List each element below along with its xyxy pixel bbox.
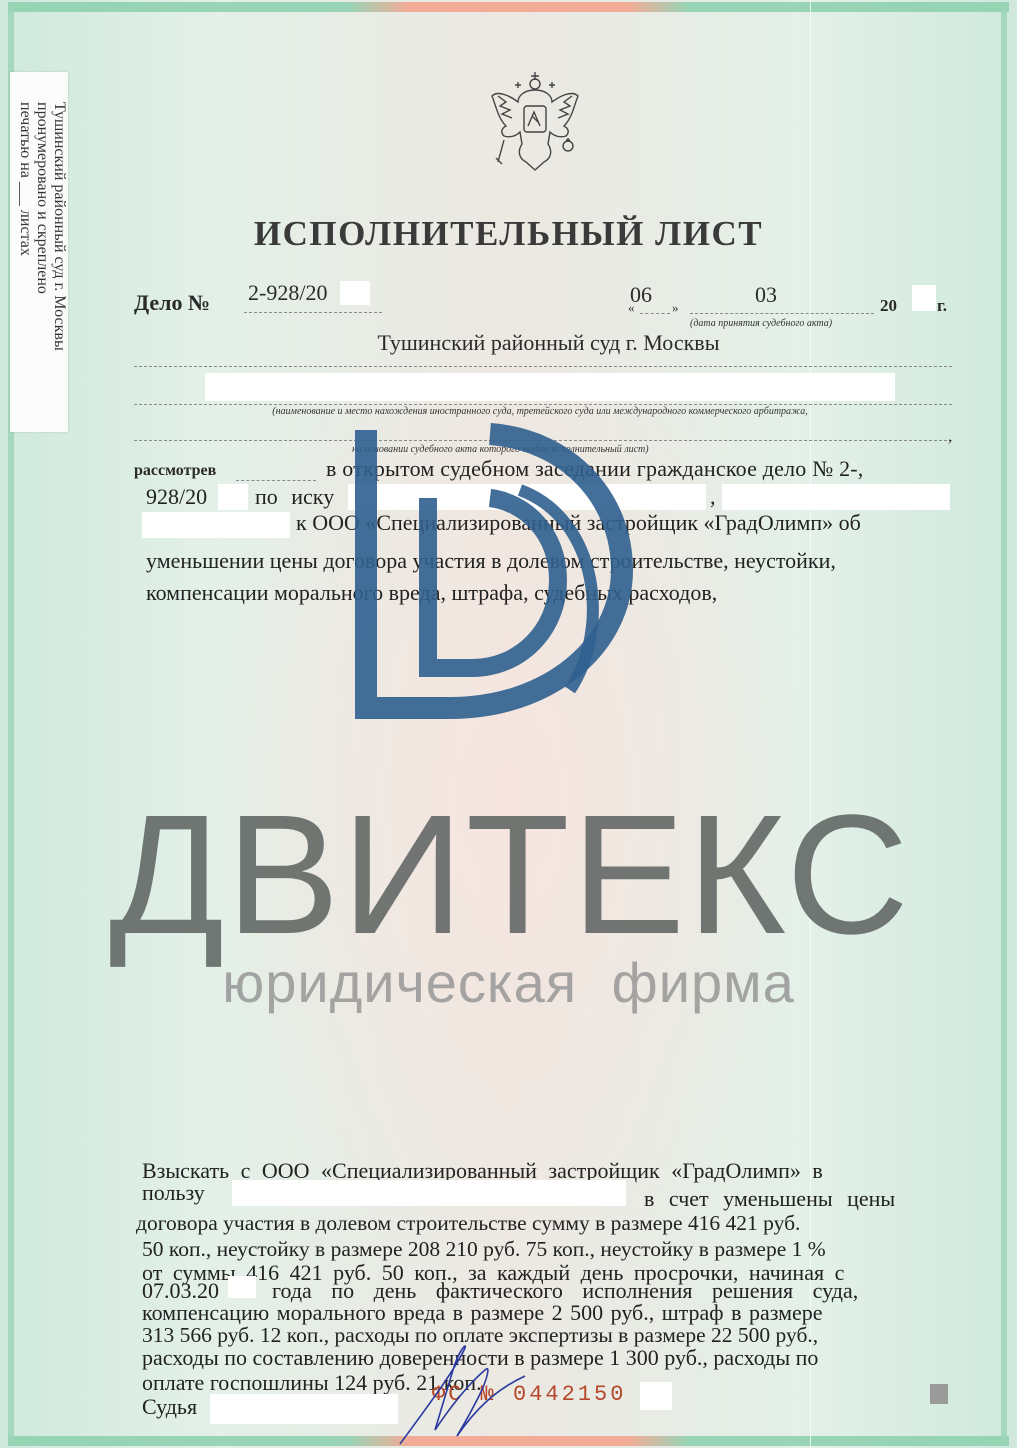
judge-signature-icon (395, 1340, 535, 1448)
side-stamp-line2: пронумеровано и скреплено (34, 102, 51, 432)
ruling-line3: договора участия в долевом строительстве… (136, 1210, 800, 1236)
case-number-underline (244, 312, 382, 313)
ruling-line2-start: пользу (142, 1180, 205, 1206)
redacted-year-date (912, 285, 936, 311)
case-number-label: Дело № (134, 290, 210, 316)
redacted-plaintiff-2 (722, 484, 950, 510)
side-stamp-line1: Тушинский районный суд г. Москвы (51, 102, 68, 432)
side-stamp-line3: печатью на ___ листах (17, 102, 34, 432)
plaintiff-comma: , (710, 484, 716, 510)
redacted-start-year (228, 1276, 256, 1298)
border-top (8, 2, 1009, 12)
court-underline-1 (134, 366, 952, 367)
considered-case-number: 928/20 (146, 484, 207, 510)
gray-marker (930, 1384, 948, 1404)
day-open-quote: « (628, 300, 635, 316)
ruling-line4: 50 коп., неустойку в размере 208 210 руб… (142, 1236, 826, 1262)
considered-label: рассмотрев (134, 462, 216, 480)
considered-underline (236, 480, 316, 481)
redacted-beneficiary (232, 1180, 626, 1206)
redacted-court-address (205, 373, 895, 401)
russian-coat-of-arms-icon (488, 66, 582, 176)
year-prefix: 20 (880, 296, 897, 316)
redacted-plaintiff-3 (142, 512, 290, 538)
watermark-tagline: юридическая фирма (0, 950, 1017, 1015)
dvitex-double-d-logo-icon (340, 420, 670, 720)
date-month: 03 (755, 282, 777, 308)
foreign-court-caption: (наименование и место нахождения иностра… (0, 406, 1017, 417)
year-suffix: г. (937, 296, 947, 316)
day-close-quote: » (672, 300, 679, 316)
redacted-judge-name (210, 1394, 398, 1424)
redacted-serial-suffix (640, 1382, 672, 1410)
month-underline (690, 313, 874, 314)
redacted-year (340, 281, 370, 305)
case-number-value: 2-928/20 (248, 280, 327, 306)
document-title: ИСПОЛНИТЕЛЬНЫЙ ЛИСТ (0, 214, 1017, 254)
court-underline-2 (134, 404, 952, 405)
ruling-line2-end: в счет уменьшены цены (644, 1186, 895, 1212)
watermark-brand: ДВИТЕКС (60, 790, 960, 960)
day-underline (640, 313, 670, 314)
date-caption: (дата принятия судебного акта) (690, 318, 832, 329)
redacted-case-year (218, 484, 248, 510)
judge-label: Судья (142, 1394, 197, 1420)
comma: , (948, 428, 952, 446)
considered-by-claim: по иску (255, 484, 334, 510)
court-name: Тушинский районный суд г. Москвы (0, 330, 1017, 356)
